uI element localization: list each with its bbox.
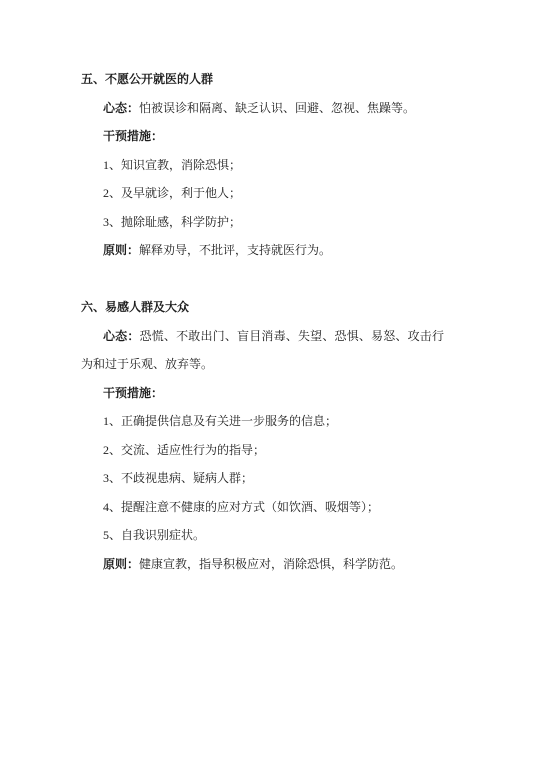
paragraph-text: 健康宣教，指导积极应对，消除恐惧，科学防范。	[139, 557, 403, 571]
paragraph-text: 3、不歧视患病、疑病人群；	[103, 471, 253, 485]
list-item-1: 1、知识宣教，消除恐惧；	[81, 151, 444, 180]
paragraph-mindset: 心态：恐慌、不敢出门、盲目消毒、失望、恐惧、易怒、攻击行为和过于乐观、放弃等。	[81, 322, 444, 379]
paragraph-label: 心态：	[103, 329, 140, 343]
list-item-5: 5、自我识别症状。	[81, 521, 444, 550]
list-item-2: 2、及早就诊，利于他人；	[81, 179, 444, 208]
paragraph-text: 怕被误诊和隔离、缺乏认识、回避、忽视、焦躁等。	[139, 101, 415, 115]
list-item-4: 4、提醒注意不健康的应对方式（如饮酒、吸烟等）；	[81, 493, 444, 522]
paragraph-text: 1、知识宣教，消除恐惧；	[103, 158, 241, 172]
paragraph-measures-title: 干预措施：	[81, 122, 444, 151]
section-heading: 六、易感人群及大众	[81, 293, 444, 322]
paragraph-mindset: 心态：怕被误诊和隔离、缺乏认识、回避、忽视、焦躁等。	[81, 94, 444, 123]
paragraph-measures-title: 干预措施：	[81, 379, 444, 408]
paragraph-text: 5、自我识别症状。	[103, 528, 205, 542]
document-page: 五、不愿公开就医的人群 心态：怕被误诊和隔离、缺乏认识、回避、忽视、焦躁等。 干…	[0, 0, 543, 768]
paragraph-text: 2、交流、适应性行为的指导；	[103, 443, 265, 457]
section-heading-text: 六、易感人群及大众	[81, 300, 189, 314]
paragraph-text: 解释劝导，不批评，支持就医行为。	[139, 243, 331, 257]
paragraph-label: 心态：	[103, 101, 139, 115]
list-item-1: 1、正确提供信息及有关进一步服务的信息；	[81, 407, 444, 436]
paragraph-text: 3、抛除耻感，科学防护；	[103, 215, 241, 229]
list-item-3: 3、不歧视患病、疑病人群；	[81, 464, 444, 493]
paragraph-label: 原则：	[103, 557, 139, 571]
blank-line	[81, 265, 444, 294]
section-five: 五、不愿公开就医的人群 心态：怕被误诊和隔离、缺乏认识、回避、忽视、焦躁等。 干…	[81, 65, 444, 265]
paragraph-principle: 原则：解释劝导，不批评，支持就医行为。	[81, 236, 444, 265]
paragraph-label: 干预措施：	[103, 386, 163, 400]
list-item-2: 2、交流、适应性行为的指导；	[81, 436, 444, 465]
section-heading-text: 五、不愿公开就医的人群	[81, 72, 213, 86]
paragraph-text: 1、正确提供信息及有关进一步服务的信息；	[103, 414, 337, 428]
paragraph-text: 2、及早就诊，利于他人；	[103, 186, 241, 200]
paragraph-label: 原则：	[103, 243, 139, 257]
paragraph-principle: 原则：健康宣教，指导积极应对，消除恐惧，科学防范。	[81, 550, 444, 579]
section-heading: 五、不愿公开就医的人群	[81, 65, 444, 94]
list-item-3: 3、抛除耻感，科学防护；	[81, 208, 444, 237]
paragraph-label: 干预措施：	[103, 129, 163, 143]
paragraph-text: 4、提醒注意不健康的应对方式（如饮酒、吸烟等）；	[103, 500, 379, 514]
section-six: 六、易感人群及大众 心态：恐慌、不敢出门、盲目消毒、失望、恐惧、易怒、攻击行为和…	[81, 293, 444, 578]
